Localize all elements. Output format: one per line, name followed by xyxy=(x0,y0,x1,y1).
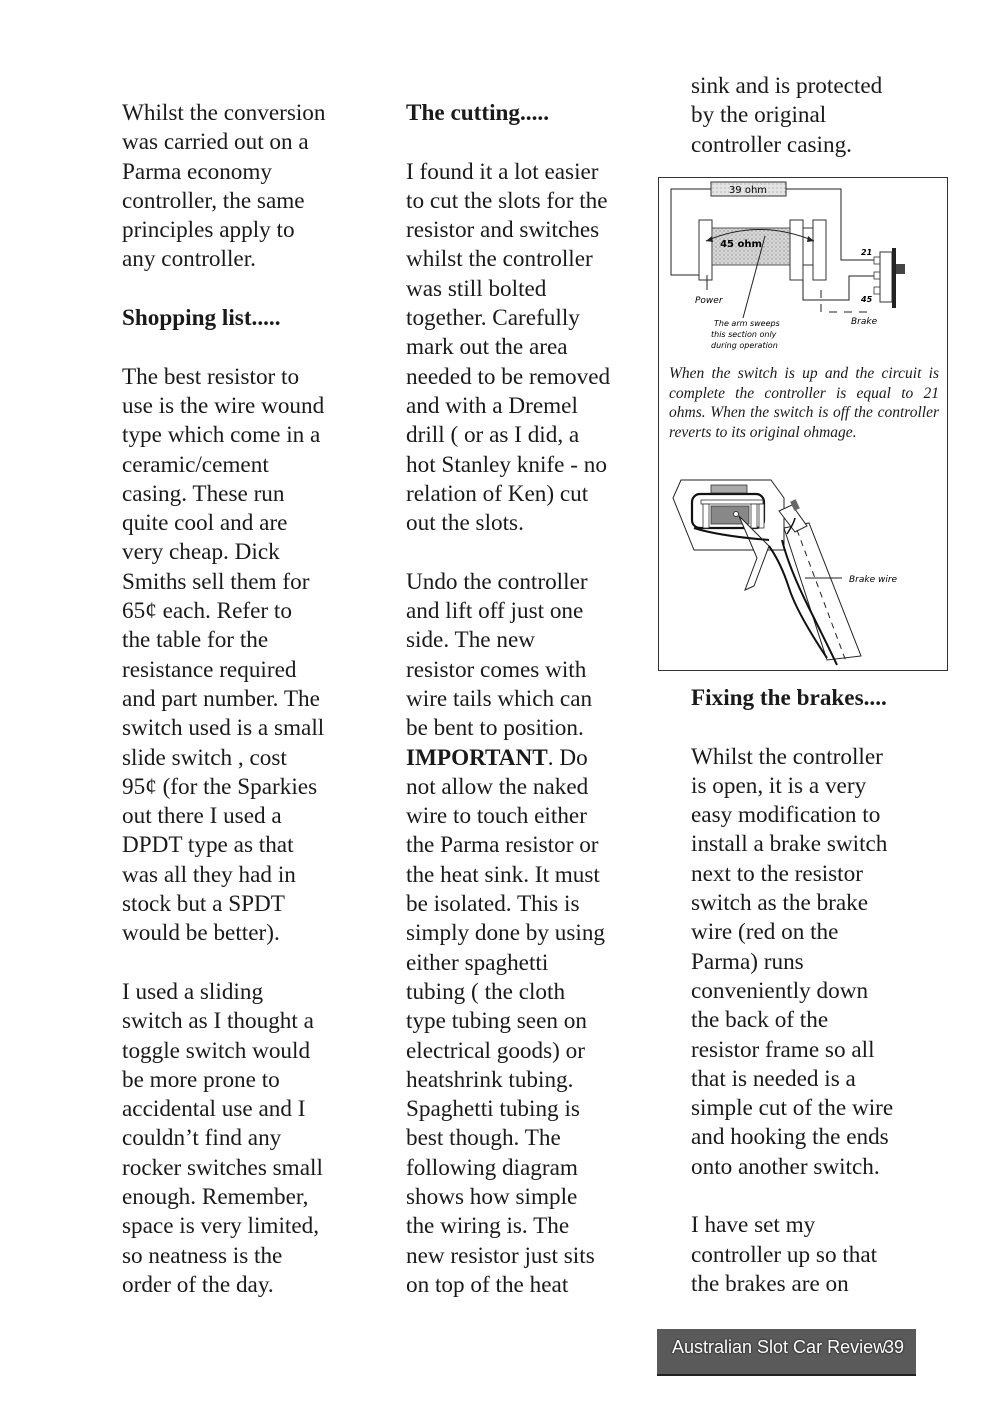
heading-fixing-the-brakes: Fixing the brakes.... xyxy=(691,684,931,713)
arm-note-line-1: The arm sweeps xyxy=(714,319,780,328)
label-brake: Brake xyxy=(851,317,878,327)
arm-note-line-3: during operation xyxy=(711,341,778,350)
wiring-diagram: 39 ohm 45 ohm Power Brake xyxy=(659,178,947,358)
continuation-paragraph: sink and is protected by the original co… xyxy=(691,72,931,160)
cutting-paragraph-1: I found it a lot easier to cut the slots… xyxy=(406,158,646,539)
heading-the-cutting: The cutting..... xyxy=(406,99,646,128)
page-footer: Australian Slot Car Review 39 xyxy=(657,1329,916,1376)
arm-note-line-2: this section only xyxy=(711,330,777,339)
page-number: 39 xyxy=(884,1337,904,1358)
column-2: The cutting..... I found it a lot easier… xyxy=(406,99,646,1300)
shopping-paragraph-1: The best resistor to use is the wire wou… xyxy=(122,363,367,949)
publication-title: Australian Slot Car Review xyxy=(672,1337,886,1358)
column-3-top: sink and is protected by the original co… xyxy=(691,72,931,160)
shopping-paragraph-2: I used a sliding switch as I thought a t… xyxy=(122,978,367,1300)
label-brake-wire: Brake wire xyxy=(849,575,898,585)
label-power: Power xyxy=(695,296,724,306)
heading-shopping-list: Shopping list..... xyxy=(122,304,367,333)
cutting-paragraph-2: Undo the controller and lift off just on… xyxy=(406,568,646,1300)
label-switch-45: 45 xyxy=(860,295,873,304)
brakes-paragraph-1: Whilst the controller is open, it is a v… xyxy=(691,743,931,1182)
important-label: IMPORTANT xyxy=(406,745,548,771)
column-3-bottom: Fixing the brakes.... Whilst the control… xyxy=(691,684,931,1299)
column-1: Whilst the conversion was carried out on… xyxy=(122,99,367,1300)
intro-paragraph: Whilst the conversion was carried out on… xyxy=(122,99,367,275)
label-39-ohm: 39 ohm xyxy=(729,185,767,196)
figure-box: 39 ohm 45 ohm Power Brake xyxy=(658,177,948,671)
label-45-ohm: 45 ohm xyxy=(720,239,762,250)
cutting-paragraph-2-start: Undo the controller and lift off just on… xyxy=(406,569,592,741)
controller-diagram: Brake wire xyxy=(659,468,947,668)
figure-caption: When the switch is up and the circuit is… xyxy=(669,364,939,442)
label-switch-21: 21 xyxy=(861,248,872,257)
cutting-paragraph-2-rest: . Do not allow the naked wire to touch e… xyxy=(406,745,605,1298)
brakes-paragraph-2: I have set my controller up so that the … xyxy=(691,1211,931,1299)
